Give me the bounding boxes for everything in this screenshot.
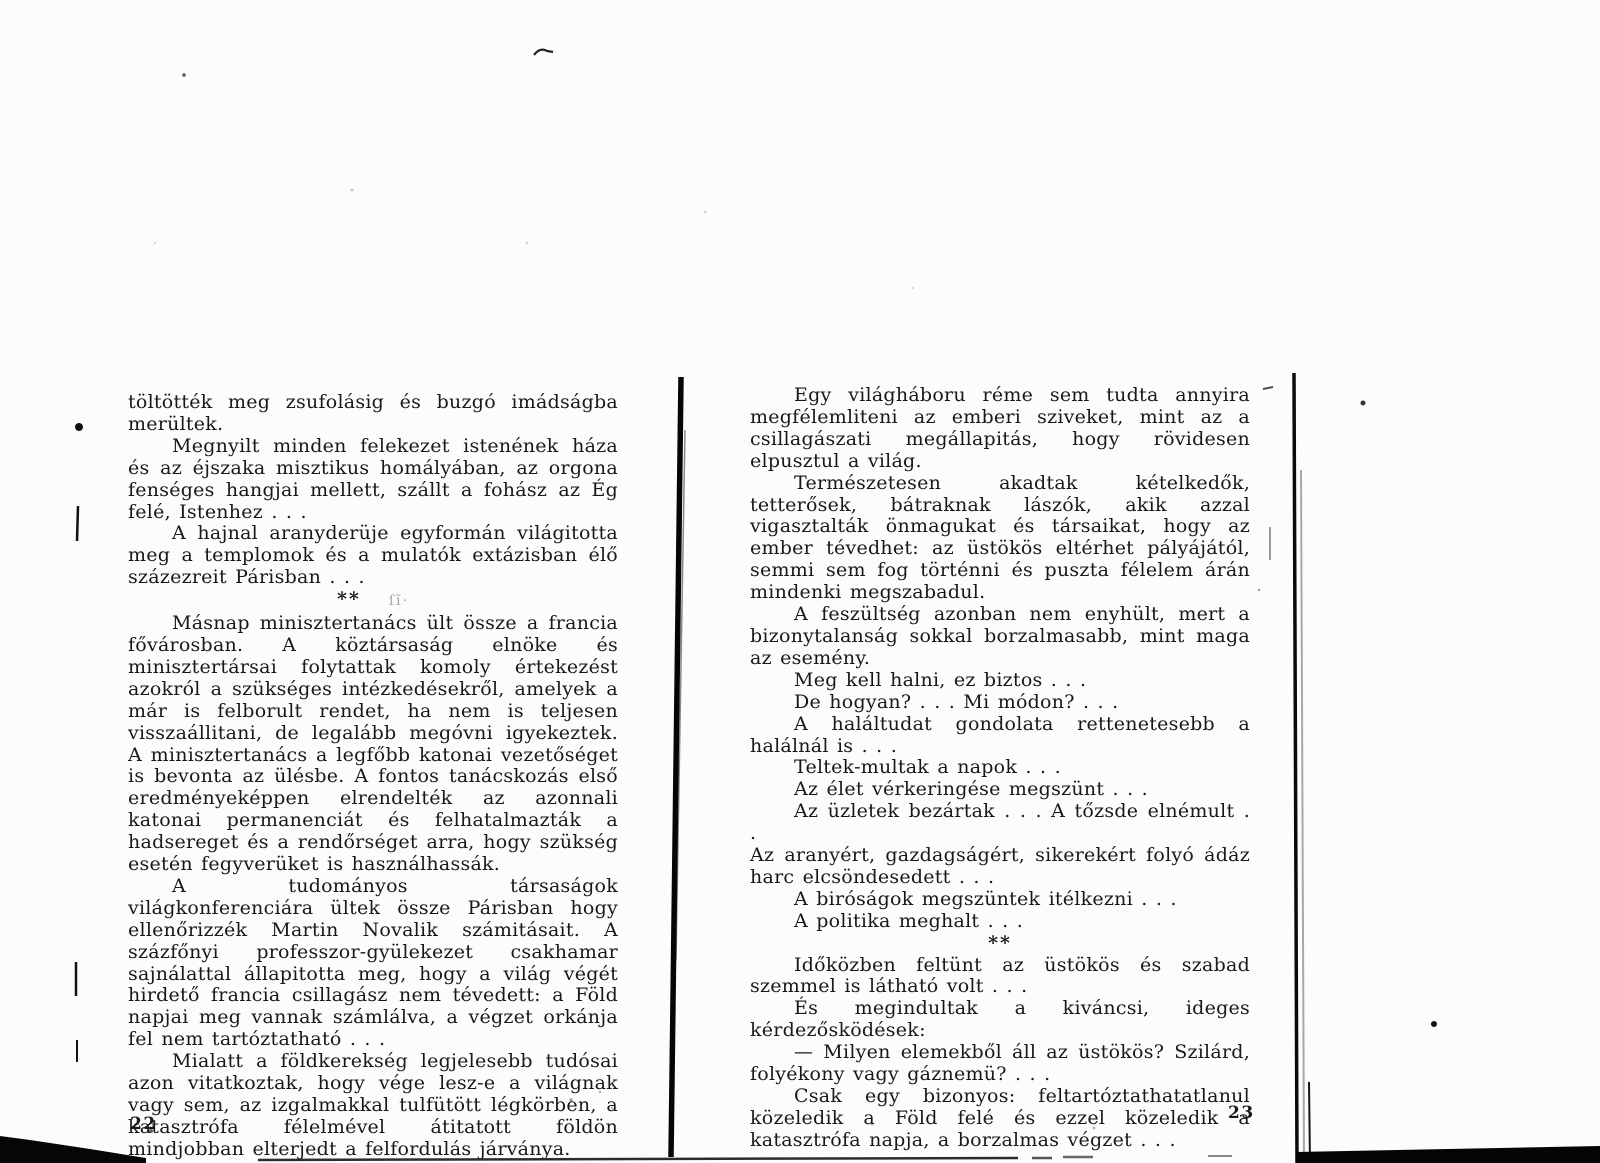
ink-speck [154, 242, 156, 244]
ink-speck [704, 211, 707, 214]
ink-smudge: ſĩ· [389, 593, 409, 609]
paragraph: Meg kell halni, ez biztos . . . [750, 670, 1250, 692]
paragraph: Időközben feltünt az üstökös és szabad s… [750, 955, 1250, 999]
paragraph: És megindultak a kiváncsi, ideges kérdez… [750, 998, 1250, 1042]
paragraph: Mialatt a földkerekség legjelesebb tudós… [128, 1051, 618, 1161]
paragraph: Az üzletek bezártak . . . A tőzsde elném… [750, 801, 1250, 845]
paragraph: Megnyilt minden felekezet istenének háza… [128, 436, 618, 524]
ink-speck [1361, 401, 1366, 406]
paragraph: A biróságok megszüntek itélkezni . . . [750, 889, 1250, 911]
ink-speck [182, 73, 186, 77]
page-number-left: 22 [130, 1114, 157, 1134]
paragraph: A politika meghalt . . . [750, 911, 1250, 933]
separator-stars: ** [988, 932, 1012, 954]
left-page-column: töltötték meg zsufolásig és buzgó imádsá… [128, 392, 618, 1161]
margin-bullet-mark [75, 423, 83, 431]
paragraph: De hogyan? . . . Mi módon? . . . [750, 692, 1250, 714]
paragraph: A feszültség azonban nem enyhült, mert a… [750, 604, 1250, 670]
right-page-column: Egy világháboru réme sem tudta annyira m… [750, 385, 1250, 1152]
ink-speck [526, 242, 529, 245]
ink-speck [351, 189, 354, 192]
page-number-right: 23 [1228, 1103, 1255, 1123]
paragraph: A hajnal aranyderüje egyformán világitot… [128, 523, 618, 589]
paragraph: Csak egy bizonyos: feltartóztathatatlanu… [750, 1086, 1250, 1152]
ink-speck [1258, 589, 1260, 591]
paragraph: A tudományos társaságok világkonferenciá… [128, 876, 618, 1051]
paragraph: Az élet vérkeringése megszünt . . . [750, 779, 1250, 801]
ink-speck [1431, 1021, 1437, 1027]
gutter-shadow-soft-line [676, 430, 685, 960]
separator-stars: ** [337, 588, 361, 610]
paragraph: Az aranyért, gazdagságért, sikerekért fo… [750, 845, 1250, 889]
gutter-shadow-line [671, 377, 681, 1157]
paragraph: A haláltudat gondolata rettenetesebb a h… [750, 714, 1250, 758]
ink-scribble [534, 50, 553, 55]
ink-speck [912, 287, 915, 290]
paragraph: — Milyen elemekből áll az üstökös? Szilá… [750, 1042, 1250, 1086]
paragraph: Másnap minisztertanács ült össze a franc… [128, 613, 618, 876]
paragraph: Egy világháboru réme sem tudta annyira m… [750, 385, 1250, 473]
margin-tick [77, 506, 78, 541]
margin-dash [1263, 387, 1273, 389]
paragraph: Teltek-multak a napok . . . [750, 757, 1250, 779]
book-scan-spread: töltötték meg zsufolásig és buzgó imádsá… [0, 0, 1600, 1163]
bottom-right-bar [1296, 1146, 1600, 1163]
section-separator: **ſĩ· [128, 589, 618, 613]
paragraph: töltötték meg zsufolásig és buzgó imádsá… [128, 392, 618, 436]
paragraph: Természetesen akadtak kételkedők, tetter… [750, 473, 1250, 604]
page-edge-soft-line [1301, 470, 1304, 1163]
page-edge-line [1294, 373, 1297, 1163]
page-edge-short-line [1309, 1082, 1310, 1163]
corner-ink-blob [0, 1136, 146, 1163]
section-separator: ** [750, 933, 1250, 955]
